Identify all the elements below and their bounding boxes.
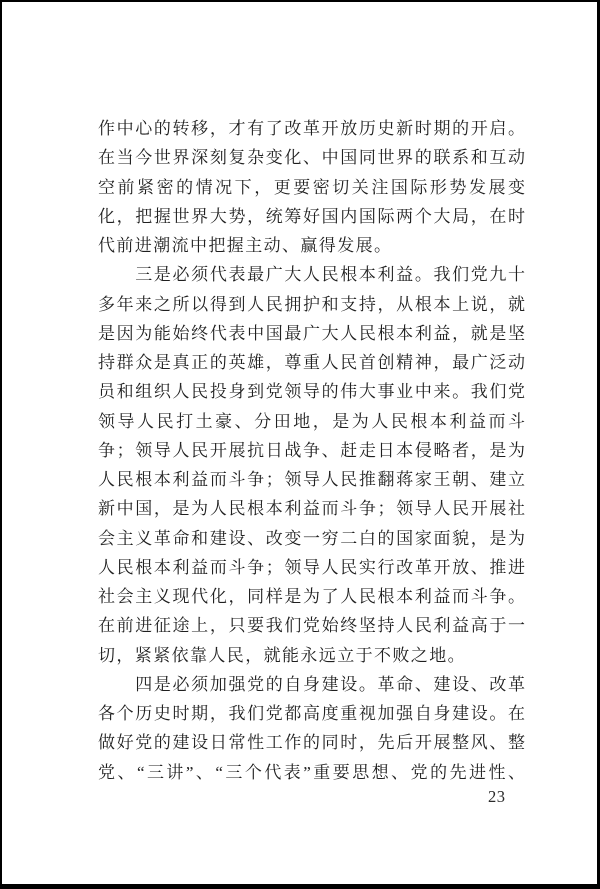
text-line-12: 争；领导人民开展抗日战争、赶走日本侵略者，是为 <box>98 436 525 465</box>
scanned-book-page: 作中心的转移，才有了改革开放历史新时期的开启。在当今世界深刻复杂变化、中国同世界… <box>0 0 600 889</box>
body-text-block: 作中心的转移，才有了改革开放历史新时期的开启。在当今世界深刻复杂变化、中国同世界… <box>98 114 525 787</box>
text-line-11: 领导人民打土豪、分田地，是为人民根本利益而斗 <box>98 407 525 436</box>
text-line-2: 在当今世界深刻复杂变化、中国同世界的联系和互动 <box>98 143 525 172</box>
text-line-3: 空前紧密的情况下，更要密切关注国际形势发展变 <box>98 173 525 202</box>
text-line-10: 员和组织人民投身到党领导的伟大事业中来。我们党 <box>98 377 525 406</box>
text-line-16: 人民根本利益而斗争；领导人民实行改革开放、推进 <box>98 553 525 582</box>
text-line-23: 党、“三讲”、“三个代表”重要思想、党的先进性、 <box>98 758 525 787</box>
text-line-6: 三是必须代表最广大人民根本利益。我们党九十 <box>98 260 525 289</box>
text-line-1: 作中心的转移，才有了改革开放历史新时期的开启。 <box>98 114 525 143</box>
page-number: 23 <box>488 787 520 807</box>
text-line-8: 是因为能始终代表中国最广大人民根本利益，就是坚 <box>98 319 525 348</box>
text-line-13: 人民根本利益而斗争；领导人民推翻蒋家王朝、建立 <box>98 465 525 494</box>
text-line-15: 会主义革命和建设、改变一穷二白的国家面貌，是为 <box>98 524 525 553</box>
text-line-18: 在前进征途上，只要我们党始终坚持人民利益高于一 <box>98 611 525 640</box>
text-line-14: 新中国，是为人民根本利益而斗争；领导人民开展社 <box>98 494 525 523</box>
text-line-9: 持群众是真正的英雄，尊重人民首创精神，最广泛动 <box>98 348 525 377</box>
text-line-19: 切，紧紧依靠人民，就能永远立于不败之地。 <box>98 641 525 670</box>
text-line-21: 各个历史时期，我们党都高度重视加强自身建设。在 <box>98 699 525 728</box>
text-line-5: 代前进潮流中把握主动、赢得发展。 <box>98 231 525 260</box>
text-line-7: 多年来之所以得到人民拥护和支持，从根本上说，就 <box>98 290 525 319</box>
text-line-22: 做好党的建设日常性工作的同时，先后开展整风、整 <box>98 728 525 757</box>
text-line-4: 化，把握世界大势，统筹好国内国际两个大局，在时 <box>98 202 525 231</box>
text-line-20: 四是必须加强党的自身建设。革命、建设、改革 <box>98 670 525 699</box>
text-line-17: 社会主义现代化，同样是为了人民根本利益而斗争。 <box>98 582 525 611</box>
